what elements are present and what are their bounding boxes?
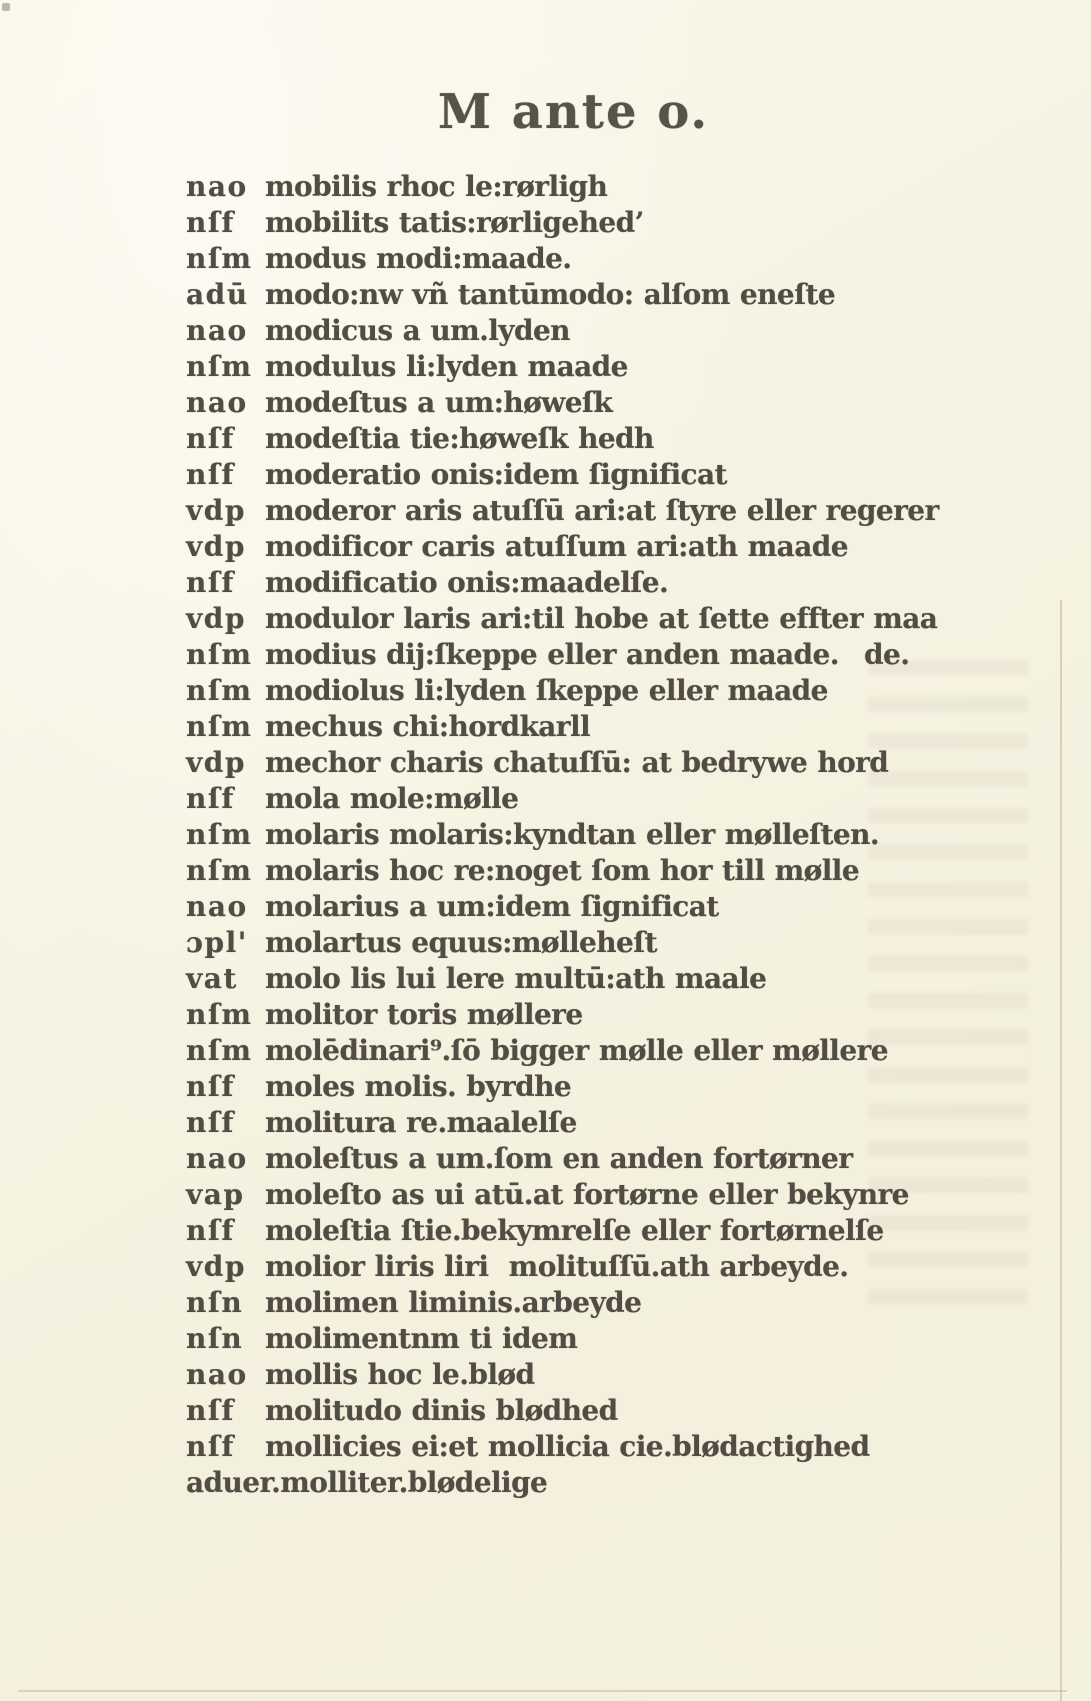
grammar-tag: nſm xyxy=(186,638,265,671)
grammar-tag: nſm xyxy=(186,242,265,275)
grammar-tag: ɔpl' xyxy=(186,926,265,959)
dictionary-entry-row: ɔpl' molartus equus:mølleheſt xyxy=(186,926,1070,962)
entry-continuation: de. xyxy=(864,638,909,671)
scan-corner-speck xyxy=(2,3,10,11)
entry-text: molior liris liri molituſſū.ath arbeyde. xyxy=(265,1250,1070,1283)
entry-text: mobilis rhoc le:rørligh xyxy=(265,170,1070,203)
dictionary-entry-row: nſn molimen liminis.arbeyde xyxy=(186,1286,1070,1322)
entry-text: modiolus li:lyden ſkeppe eller maade xyxy=(265,674,1070,707)
grammar-tag: vdp xyxy=(186,1250,265,1283)
dictionary-entry-row: vap moleſto as ui atū.at fortørne eller … xyxy=(186,1178,1070,1214)
dictionary-entry-row: vdp molior liris liri molituſſū.ath arbe… xyxy=(186,1250,1070,1286)
entry-text: molitor toris møllere xyxy=(265,998,1070,1031)
dictionary-entry-row: aduer.molliter.blødelige xyxy=(186,1466,1070,1502)
entry-text: modius dij:ſkeppe eller anden maade. xyxy=(265,638,1070,671)
grammar-tag: vat xyxy=(186,962,265,995)
entry-text: molitura re.maalelſe xyxy=(265,1106,1070,1139)
dictionary-entry-row: nao modicus a um.lyden xyxy=(186,314,1070,350)
entry-text: molartus equus:mølleheſt xyxy=(265,926,1070,959)
dictionary-entry-row: nſm molaris hoc re:noget ſom hor till mø… xyxy=(186,854,1070,890)
grammar-tag: adū xyxy=(186,278,265,311)
dictionary-entry-row: nao mobilis rhoc le:rørligh xyxy=(186,170,1070,206)
grammar-tag: nſm xyxy=(186,998,265,1031)
grammar-tag: vdp xyxy=(186,746,265,779)
dictionary-entry-row: nſm modius dij:ſkeppe eller anden maade.… xyxy=(186,638,1070,674)
grammar-tag: nſf xyxy=(186,1430,265,1463)
grammar-tag: nſm xyxy=(186,1034,265,1067)
entry-text: molaris hoc re:noget ſom hor till mølle xyxy=(265,854,1070,887)
entry-text: mollis hoc le.blød xyxy=(265,1358,1070,1391)
entry-text: molimen liminis.arbeyde xyxy=(265,1286,1070,1319)
entry-text: modulor laris ari:til hobe at ſette efft… xyxy=(265,602,1070,635)
grammar-tag: nſm xyxy=(186,674,265,707)
dictionary-entry-row: adū modo:nw vñ tantūmodo: alſom eneſte xyxy=(186,278,1070,314)
grammar-tag: vdp xyxy=(186,602,265,635)
dictionary-entry-row: nſm molitor toris møllere xyxy=(186,998,1070,1034)
dictionary-entry-row: nſf moderatio onis:idem ſignificat xyxy=(186,458,1070,494)
dictionary-entry-row: nſm modulus li:lyden maade xyxy=(186,350,1070,386)
grammar-tag: nſm xyxy=(186,854,265,887)
dictionary-entry-row: vdp moderor aris atuſſū ari:at ſtyre ell… xyxy=(186,494,1070,530)
entry-text: mechus chi:hordkarll xyxy=(265,710,1070,743)
dictionary-entry-row: nſf moles molis. byrdhe xyxy=(186,1070,1070,1106)
dictionary-entry-row: nſm mechus chi:hordkarll xyxy=(186,710,1070,746)
entry-text: molaris molaris:kyndtan eller mølleſten. xyxy=(265,818,1070,851)
page-header: M ante o. xyxy=(28,84,1091,140)
grammar-tag: nſf xyxy=(186,1394,265,1427)
grammar-tag: vap xyxy=(186,1178,265,1211)
entry-text: modicus a um.lyden xyxy=(265,314,1070,347)
entry-text: modo:nw vñ tantūmodo: alſom eneſte xyxy=(265,278,1070,311)
grammar-tag: nao xyxy=(186,1358,265,1391)
grammar-tag: nſf xyxy=(186,566,265,599)
grammar-tag: nao xyxy=(186,890,265,923)
grammar-tag: vdp xyxy=(186,494,265,527)
grammar-tag: nſf xyxy=(186,458,265,491)
entry-text: moderor aris atuſſū ari:at ſtyre eller r… xyxy=(265,494,1070,527)
grammar-tag: nſf xyxy=(186,206,265,239)
entry-text: mollicies ei:et mollicia cie.blødactighe… xyxy=(265,1430,1070,1463)
dictionary-entry-row: vdp modificor caris atuſſum ari:ath maad… xyxy=(186,530,1070,566)
grammar-tag: nſn xyxy=(186,1322,265,1355)
dictionary-entry-row: nſm molēdinari⁹.ſō bigger mølle eller mø… xyxy=(186,1034,1070,1070)
grammar-tag: nao xyxy=(186,170,265,203)
entry-text: aduer.molliter.blødelige xyxy=(186,1466,1070,1499)
entry-text: molarius a um:idem ſignificat xyxy=(265,890,1070,923)
entry-text: moleſtus a um.ſom en anden fortørner xyxy=(265,1142,1070,1175)
entry-text: moleſtia ſtie.bekymrelſe eller fortørnel… xyxy=(265,1214,1070,1247)
entry-text: modeſtia tie:høweſk hedh xyxy=(265,422,1070,455)
entry-list: nao mobilis rhoc le:rørligh nſf mobilits… xyxy=(186,170,1070,1502)
dictionary-entry-row: nao molarius a um:idem ſignificat xyxy=(186,890,1070,926)
dictionary-entry-row: nſm molaris molaris:kyndtan eller mølleſ… xyxy=(186,818,1070,854)
dictionary-entry-row: nſf mobilits tatis:rørligehed’ xyxy=(186,206,1070,242)
entry-text: mobilits tatis:rørligehed’ xyxy=(265,206,1070,239)
grammar-tag: nſn xyxy=(186,1286,265,1319)
grammar-tag: nſm xyxy=(186,710,265,743)
entry-text: molimentnm ti idem xyxy=(265,1322,1070,1355)
dictionary-entry-row: nao moleſtus a um.ſom en anden fortørner xyxy=(186,1142,1070,1178)
entry-text: modulus li:lyden maade xyxy=(265,350,1070,383)
entry-text: moderatio onis:idem ſignificat xyxy=(265,458,1070,491)
dictionary-entry-row: nſf modeſtia tie:høweſk hedh xyxy=(186,422,1070,458)
dictionary-entry-row: vat molo lis lui lere multū:ath maale xyxy=(186,962,1070,998)
entry-text: molēdinari⁹.ſō bigger mølle eller møller… xyxy=(265,1034,1070,1067)
page-edge-right xyxy=(1060,600,1062,1701)
dictionary-entry-row: nſf mola mole:mølle xyxy=(186,782,1070,818)
entry-text: mola mole:mølle xyxy=(265,782,1070,815)
entry-text: mechor charis chatuſſū: at bedrywe hord xyxy=(265,746,1070,779)
dictionary-entry-row: nſm modiolus li:lyden ſkeppe eller maade xyxy=(186,674,1070,710)
dictionary-entry-row: nſf moleſtia ſtie.bekymrelſe eller fortø… xyxy=(186,1214,1070,1250)
grammar-tag: nſf xyxy=(186,1106,265,1139)
page-edge-bottom xyxy=(18,1690,1067,1692)
dictionary-entry-row: nſf mollicies ei:et mollicia cie.blødact… xyxy=(186,1430,1070,1466)
entry-text: modificor caris atuſſum ari:ath maade xyxy=(265,530,1070,563)
dictionary-entry-row: nſf molitudo dinis blødhed xyxy=(186,1394,1070,1430)
grammar-tag: nao xyxy=(186,314,265,347)
entry-text: modus modi:maade. xyxy=(265,242,1070,275)
entry-text: modeſtus a um:høweſk xyxy=(265,386,1070,419)
entry-text: molo lis lui lere multū:ath maale xyxy=(265,962,1070,995)
entry-text: moles molis. byrdhe xyxy=(265,1070,1070,1103)
grammar-tag: nſm xyxy=(186,350,265,383)
entry-text: molitudo dinis blødhed xyxy=(265,1394,1070,1427)
entry-text: modificatio onis:maadelſe. xyxy=(265,566,1070,599)
grammar-tag: nſf xyxy=(186,1070,265,1103)
entry-text: moleſto as ui atū.at fortørne eller beky… xyxy=(265,1178,1070,1211)
grammar-tag: nao xyxy=(186,386,265,419)
grammar-tag: nſm xyxy=(186,818,265,851)
scanned-dictionary-page: M ante o. nao mobilis rhoc le:rørligh nſ… xyxy=(0,0,1091,1701)
dictionary-entry-row: nao modeſtus a um:høweſk xyxy=(186,386,1070,422)
dictionary-entry-row: nſn molimentnm ti idem xyxy=(186,1322,1070,1358)
dictionary-entry-row: vdp modulor laris ari:til hobe at ſette … xyxy=(186,602,1070,638)
grammar-tag: nſf xyxy=(186,782,265,815)
grammar-tag: vdp xyxy=(186,530,265,563)
grammar-tag: nſf xyxy=(186,422,265,455)
dictionary-entry-row: vdp mechor charis chatuſſū: at bedrywe h… xyxy=(186,746,1070,782)
dictionary-entry-row: nſm modus modi:maade. xyxy=(186,242,1070,278)
grammar-tag: nao xyxy=(186,1142,265,1175)
grammar-tag: nſf xyxy=(186,1214,265,1247)
dictionary-entry-row: nſf molitura re.maalelſe xyxy=(186,1106,1070,1142)
dictionary-entry-row: nao mollis hoc le.blød xyxy=(186,1358,1070,1394)
dictionary-entry-row: nſf modificatio onis:maadelſe. xyxy=(186,566,1070,602)
